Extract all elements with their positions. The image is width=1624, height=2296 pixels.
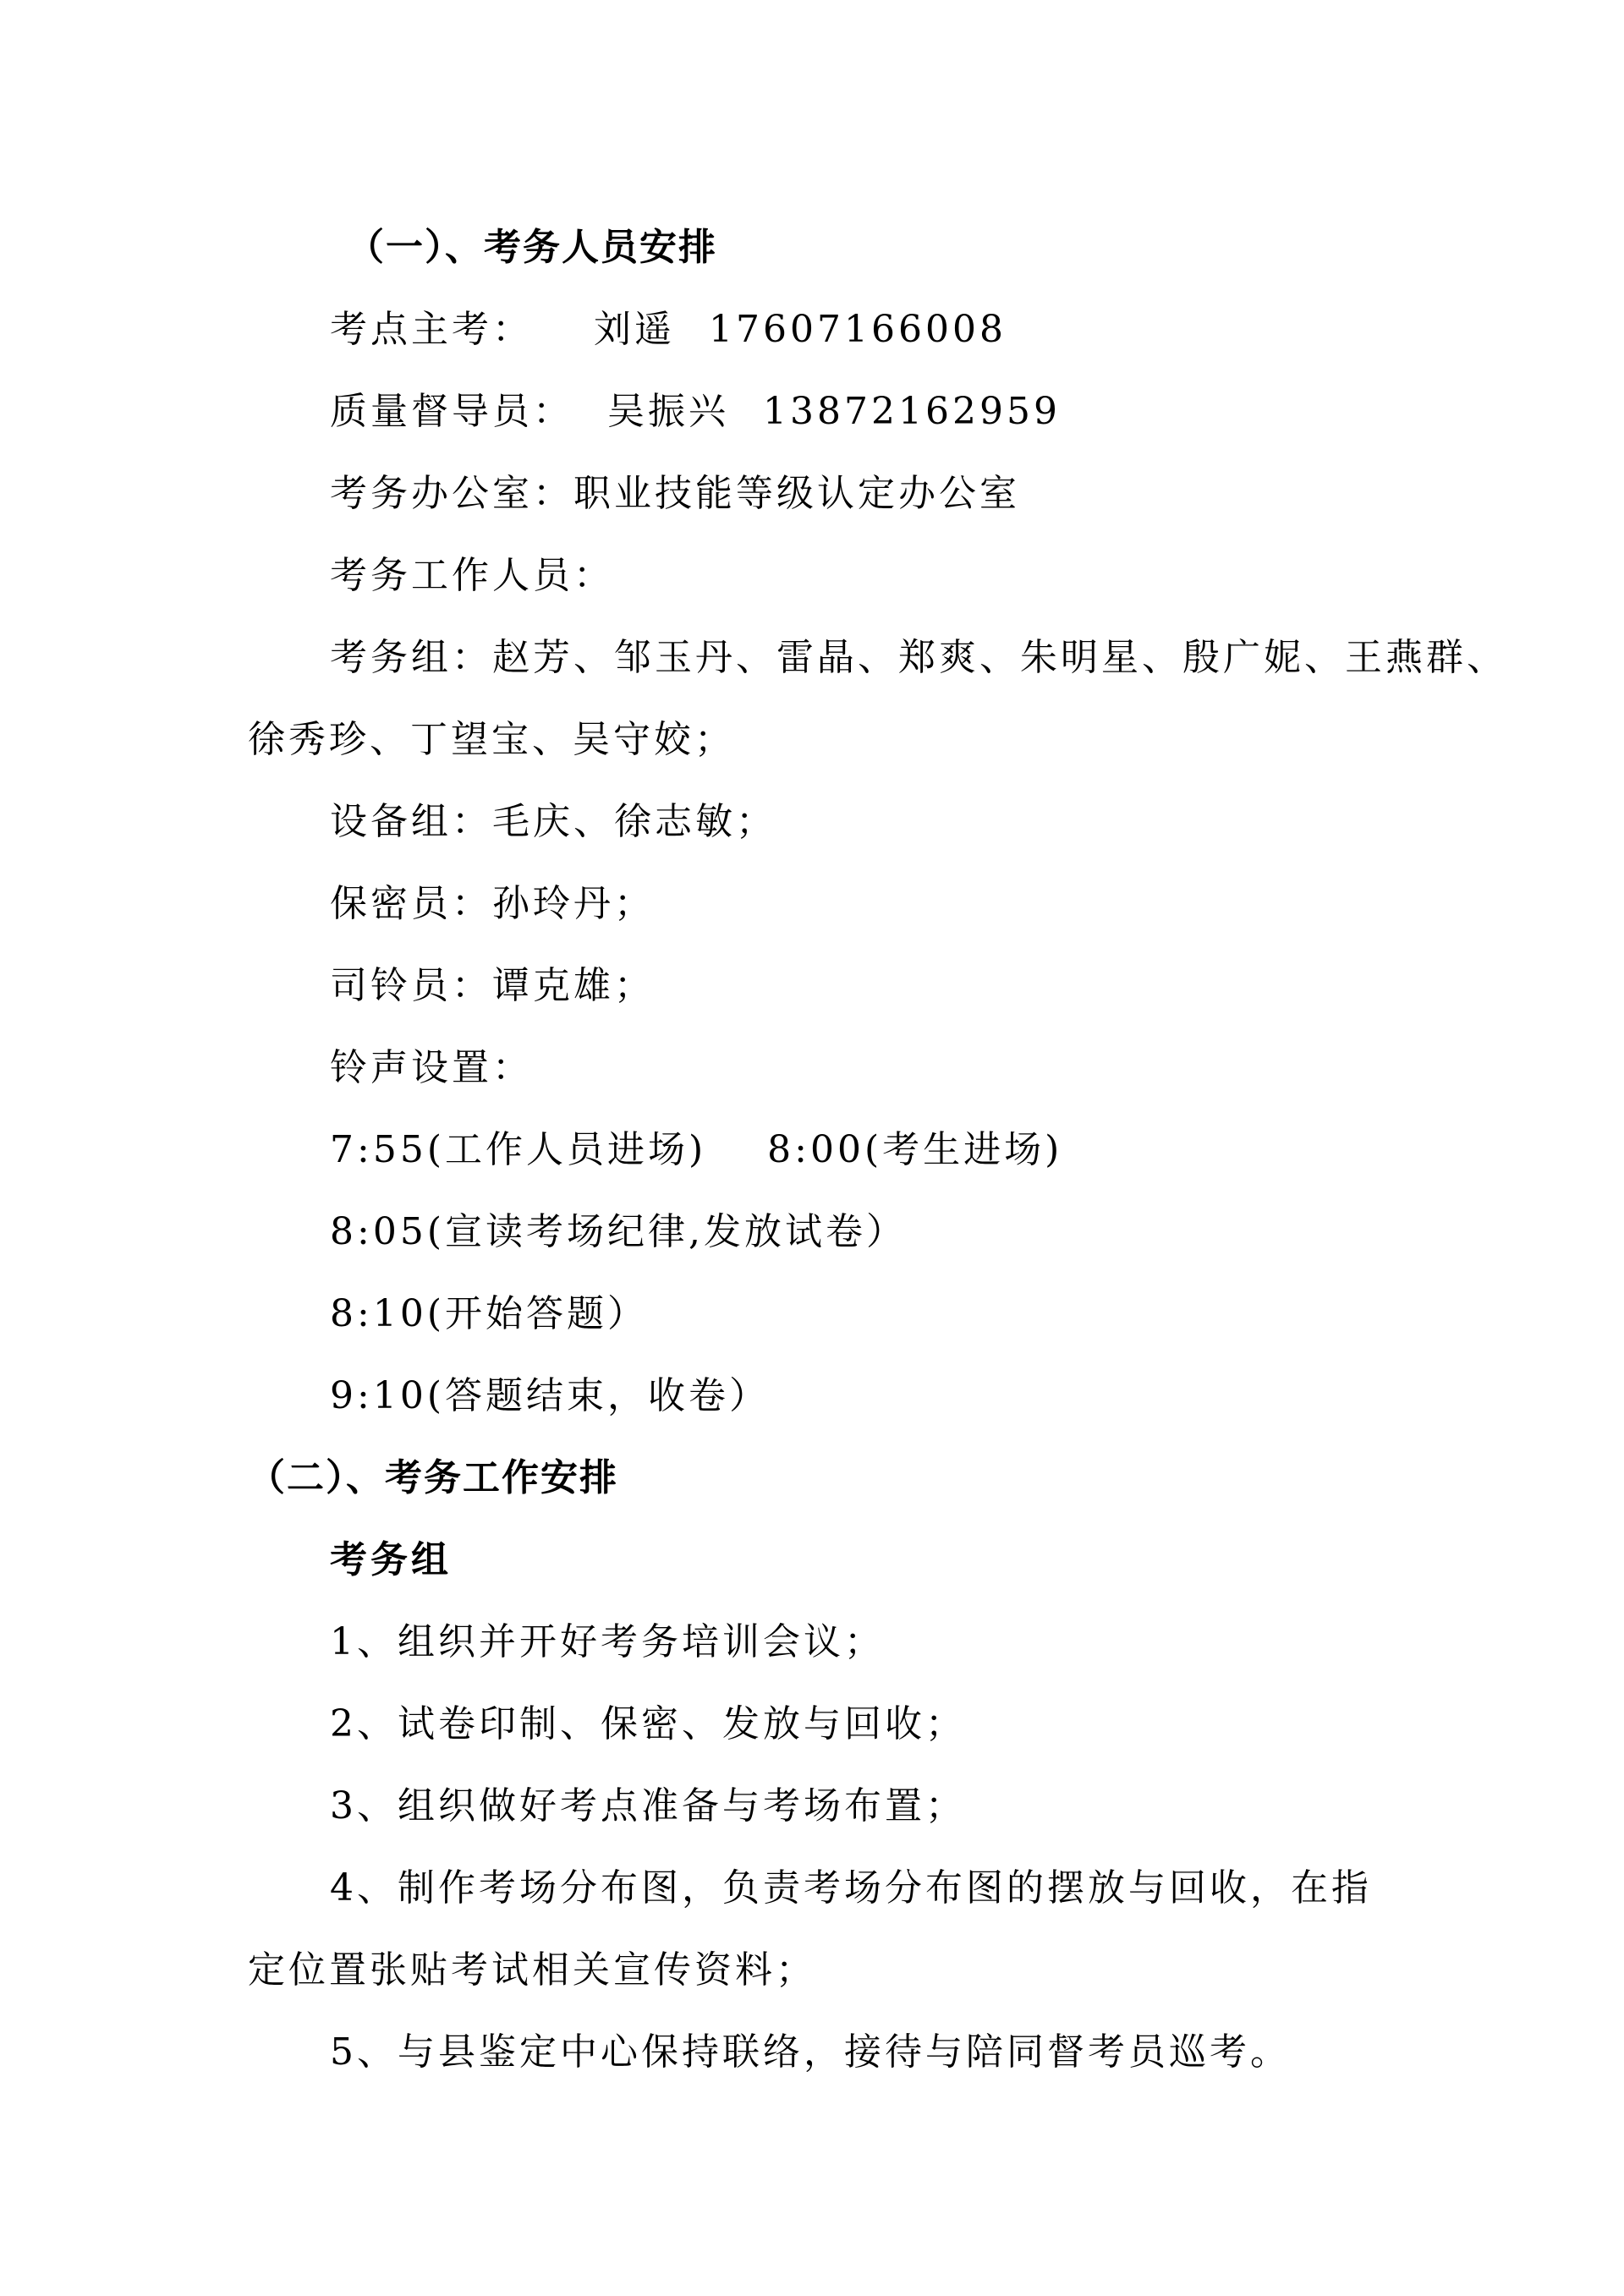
exam-group-subheading: 考务组: [248, 1519, 1381, 1601]
exam-group-line-2: 徐秀珍、丁望宝、吴守姣；: [248, 699, 1381, 781]
document-page: （一）、考务人员安排 考点主考：刘遥17607166008 质量督导员：吴振兴1…: [248, 206, 1381, 2093]
exam-office-value: 职业技能等级认定办公室: [573, 472, 1020, 515]
chief-examiner-phone: 17607166008: [709, 308, 1007, 351]
equipment-group: 设备组：毛庆、徐志敏；: [248, 781, 1381, 863]
bell-schedule-row-2: 8:05(宣读考场纪律,发放试卷）: [248, 1191, 1381, 1273]
task-item-4-line-1: 4、制作考场分布图，负责考场分布图的摆放与回收，在指: [248, 1847, 1381, 1929]
staff-label: 考务工作人员：: [248, 534, 1381, 616]
bell-time: 8:00: [767, 1128, 864, 1171]
task-item-5: 5、与县鉴定中心保持联络，接待与陪同督考员巡考。: [248, 2011, 1381, 2093]
bell-time: 7:55: [330, 1128, 427, 1171]
bell-time: 9:10: [330, 1374, 427, 1417]
bell-schedule-row-1: 7:55(工作人员进场)8:00(考生进场): [248, 1109, 1381, 1191]
chief-examiner-row: 考点主考：刘遥17607166008: [248, 288, 1381, 370]
bell-settings-label: 铃声设置：: [248, 1027, 1381, 1109]
task-item-4-line-2: 定位置张贴考试相关宣传资料；: [248, 1929, 1381, 2011]
bell-event: (工作人员进场): [427, 1128, 706, 1171]
bell-schedule-row-3: 8:10(开始答题）: [248, 1273, 1381, 1355]
section-heading-work-arrangement: （二）、考务工作安排: [248, 1437, 1381, 1519]
task-item-1: 1、组织并开好考务培训会议；: [248, 1601, 1381, 1683]
exam-group-line-1: 考务组：赵芳、邹玉丹、雷晶、郑爽、朱明星、殷广妮、王燕群、: [248, 616, 1381, 699]
bell-time: 8:10: [330, 1292, 427, 1335]
quality-supervisor-name: 吴振兴: [607, 390, 729, 433]
chief-examiner-label: 考点主考：: [330, 308, 533, 351]
exam-office-label: 考务办公室：: [330, 472, 573, 515]
task-item-3: 3、组织做好考点准备与考场布置；: [248, 1765, 1381, 1847]
section-heading-staff-arrangement: （一）、考务人员安排: [248, 206, 1381, 288]
bell-event: (开始答题）: [427, 1292, 648, 1335]
bell-schedule-row-4: 9:10(答题结束，收卷）: [248, 1355, 1381, 1437]
bell-time: 8:05: [330, 1210, 427, 1253]
exam-office-row: 考务办公室：职业技能等级认定办公室: [248, 452, 1381, 534]
quality-supervisor-label: 质量督导员：: [330, 390, 573, 433]
quality-supervisor-phone: 13872162959: [763, 390, 1061, 433]
bell-event: (答题结束，收卷）: [427, 1374, 770, 1417]
quality-supervisor-row: 质量督导员：吴振兴13872162959: [248, 370, 1381, 452]
chief-examiner-name: 刘遥: [594, 308, 675, 351]
bell-event: (考生进场): [864, 1128, 1062, 1171]
bell-event: (宣读考场纪律,发放试卷）: [427, 1210, 907, 1253]
task-item-2: 2、试卷印制、保密、发放与回收；: [248, 1683, 1381, 1765]
confidential-officer: 保密员：孙玲丹；: [248, 863, 1381, 945]
bell-operator: 司铃员：谭克雄；: [248, 945, 1381, 1027]
